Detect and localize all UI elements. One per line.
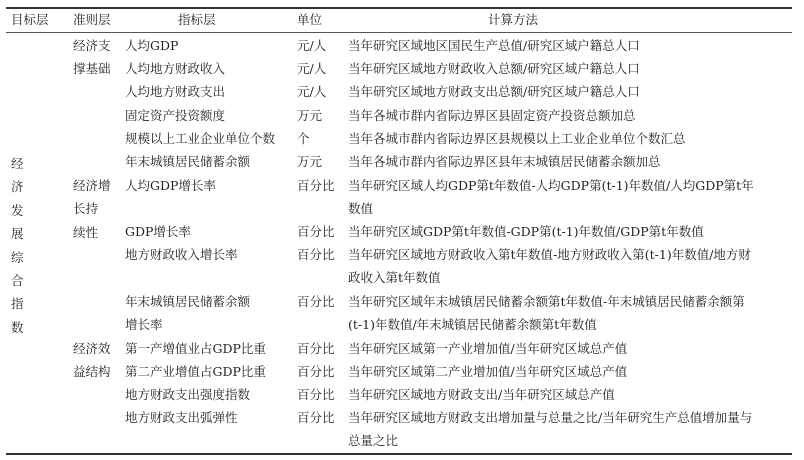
indicator-cell: 地方财政收入增长率 [125, 243, 238, 266]
indicator-cell: 第一产增值业占GDP比重 [125, 337, 266, 360]
unit-cell: 百分比 [297, 243, 335, 266]
criterion-label: 续性 [73, 221, 119, 244]
method-cell: 当年研究区域地方财政收入总额/研究区域户籍总人口 [348, 57, 640, 80]
method-cell: 当年研究区域人均GDP第t年数值-人均GDP第(t-1)年数值/人均GDP第t年 [348, 174, 754, 197]
header-unit: 单位 [297, 9, 322, 31]
method-cell-cont: 政收入第t年数值 [348, 266, 441, 289]
method-cell: 当年研究区域地方财政收入第t年数值-地方财政收入第(t-1)年数值/地方财 [348, 243, 751, 266]
method-cell: 当年研究区域地方财政支出增加量与总量之比/当年研究生产总值增加量与 [348, 406, 752, 429]
method-cell: 当年研究区域第一产业增加值/当年研究区域总产值 [348, 337, 627, 360]
criterion-efficiency: 经济效 益结构 [73, 337, 119, 384]
method-cell: 当年研究区域年末城镇居民储蓄余额第t年数值-年末城镇居民储蓄余额第 [348, 290, 745, 313]
unit-cell: 百分比 [297, 290, 335, 313]
indicator-cell: 人均GDP增长率 [125, 174, 216, 197]
criterion-label: 撑基础 [73, 57, 119, 80]
unit-cell: 百分比 [297, 406, 335, 429]
criterion-label: 经济增 [73, 174, 119, 197]
indicator-cell: 年末城镇居民储蓄余额 [125, 290, 250, 313]
table-header-rule [6, 32, 792, 33]
unit-cell: 元/人 [297, 34, 326, 57]
method-cell: 当年研究区域GDP第t年数值-GDP第(t-1)年数值/GDP第t年数值 [348, 220, 704, 243]
method-cell: 当年研究区域地方财政支出/当年研究区域总产值 [348, 383, 615, 406]
unit-cell: 百分比 [297, 383, 335, 406]
method-cell-cont: 数值 [348, 197, 373, 220]
method-cell: 当年研究区域地方财政支出总额/研究区域户籍总人口 [348, 80, 640, 103]
method-cell: 当年研究区域地区国民生产总值/研究区域户籍总人口 [348, 34, 640, 57]
header-method: 计算方法 [488, 9, 538, 31]
indicator-cell-cont: 增长率 [125, 313, 163, 336]
method-cell: 当年研究区域第二产业增加值/当年研究区域总产值 [348, 360, 627, 383]
indicator-cell: 规模以上工业企业单位个数 [125, 127, 275, 150]
indicator-cell: 地方财政支出弧弹性 [125, 406, 238, 429]
goal-cell: 经济发展综合指数 [11, 152, 25, 339]
method-cell: 当年各城市群内省际边界区县规模以上工业企业单位个数汇总 [348, 127, 686, 150]
unit-cell: 万元 [297, 104, 322, 127]
indicator-cell: 人均地方财政支出 [125, 80, 225, 103]
header-goal: 目标层 [11, 9, 49, 31]
indicator-cell: 人均地方财政收入 [125, 57, 225, 80]
unit-cell: 个 [297, 127, 310, 150]
method-cell-cont: 总量之比 [348, 429, 398, 452]
criterion-label: 长持 [73, 197, 119, 220]
indicator-cell: 地方财政支出强度指数 [125, 383, 250, 406]
unit-cell: 元/人 [297, 57, 326, 80]
criterion-label: 经济效 [73, 337, 119, 360]
indicator-cell: 第二产业增值占GDP比重 [125, 360, 266, 383]
criterion-label: 经济支 [73, 34, 119, 57]
criterion-growth: 经济增 长持 续性 [73, 174, 119, 244]
table-top-rule [6, 7, 792, 9]
criterion-support: 经济支 撑基础 [73, 34, 119, 81]
method-cell: 当年各城市群内省际边界区县固定资产投资总额加总 [348, 104, 636, 127]
indicator-cell: 年末城镇居民储蓄余额 [125, 150, 250, 173]
unit-cell: 百分比 [297, 220, 335, 243]
table-bottom-rule [6, 453, 792, 455]
header-criterion: 准则层 [73, 9, 111, 31]
indicator-cell: 固定资产投资额度 [125, 104, 225, 127]
unit-cell: 百分比 [297, 360, 335, 383]
criterion-label: 益结构 [73, 360, 119, 383]
unit-cell: 百分比 [297, 337, 335, 360]
indicator-cell: GDP增长率 [125, 220, 191, 243]
header-indicator: 指标层 [178, 9, 216, 31]
unit-cell: 万元 [297, 150, 322, 173]
indicator-cell: 人均GDP [125, 34, 178, 57]
method-cell-cont: (t-1)年数值/年末城镇居民储蓄余额第t年数值 [348, 313, 597, 336]
unit-cell: 百分比 [297, 174, 335, 197]
method-cell: 当年各城市群内省际边界区县年末城镇居民储蓄余额加总 [348, 150, 661, 173]
unit-cell: 元/人 [297, 80, 326, 103]
